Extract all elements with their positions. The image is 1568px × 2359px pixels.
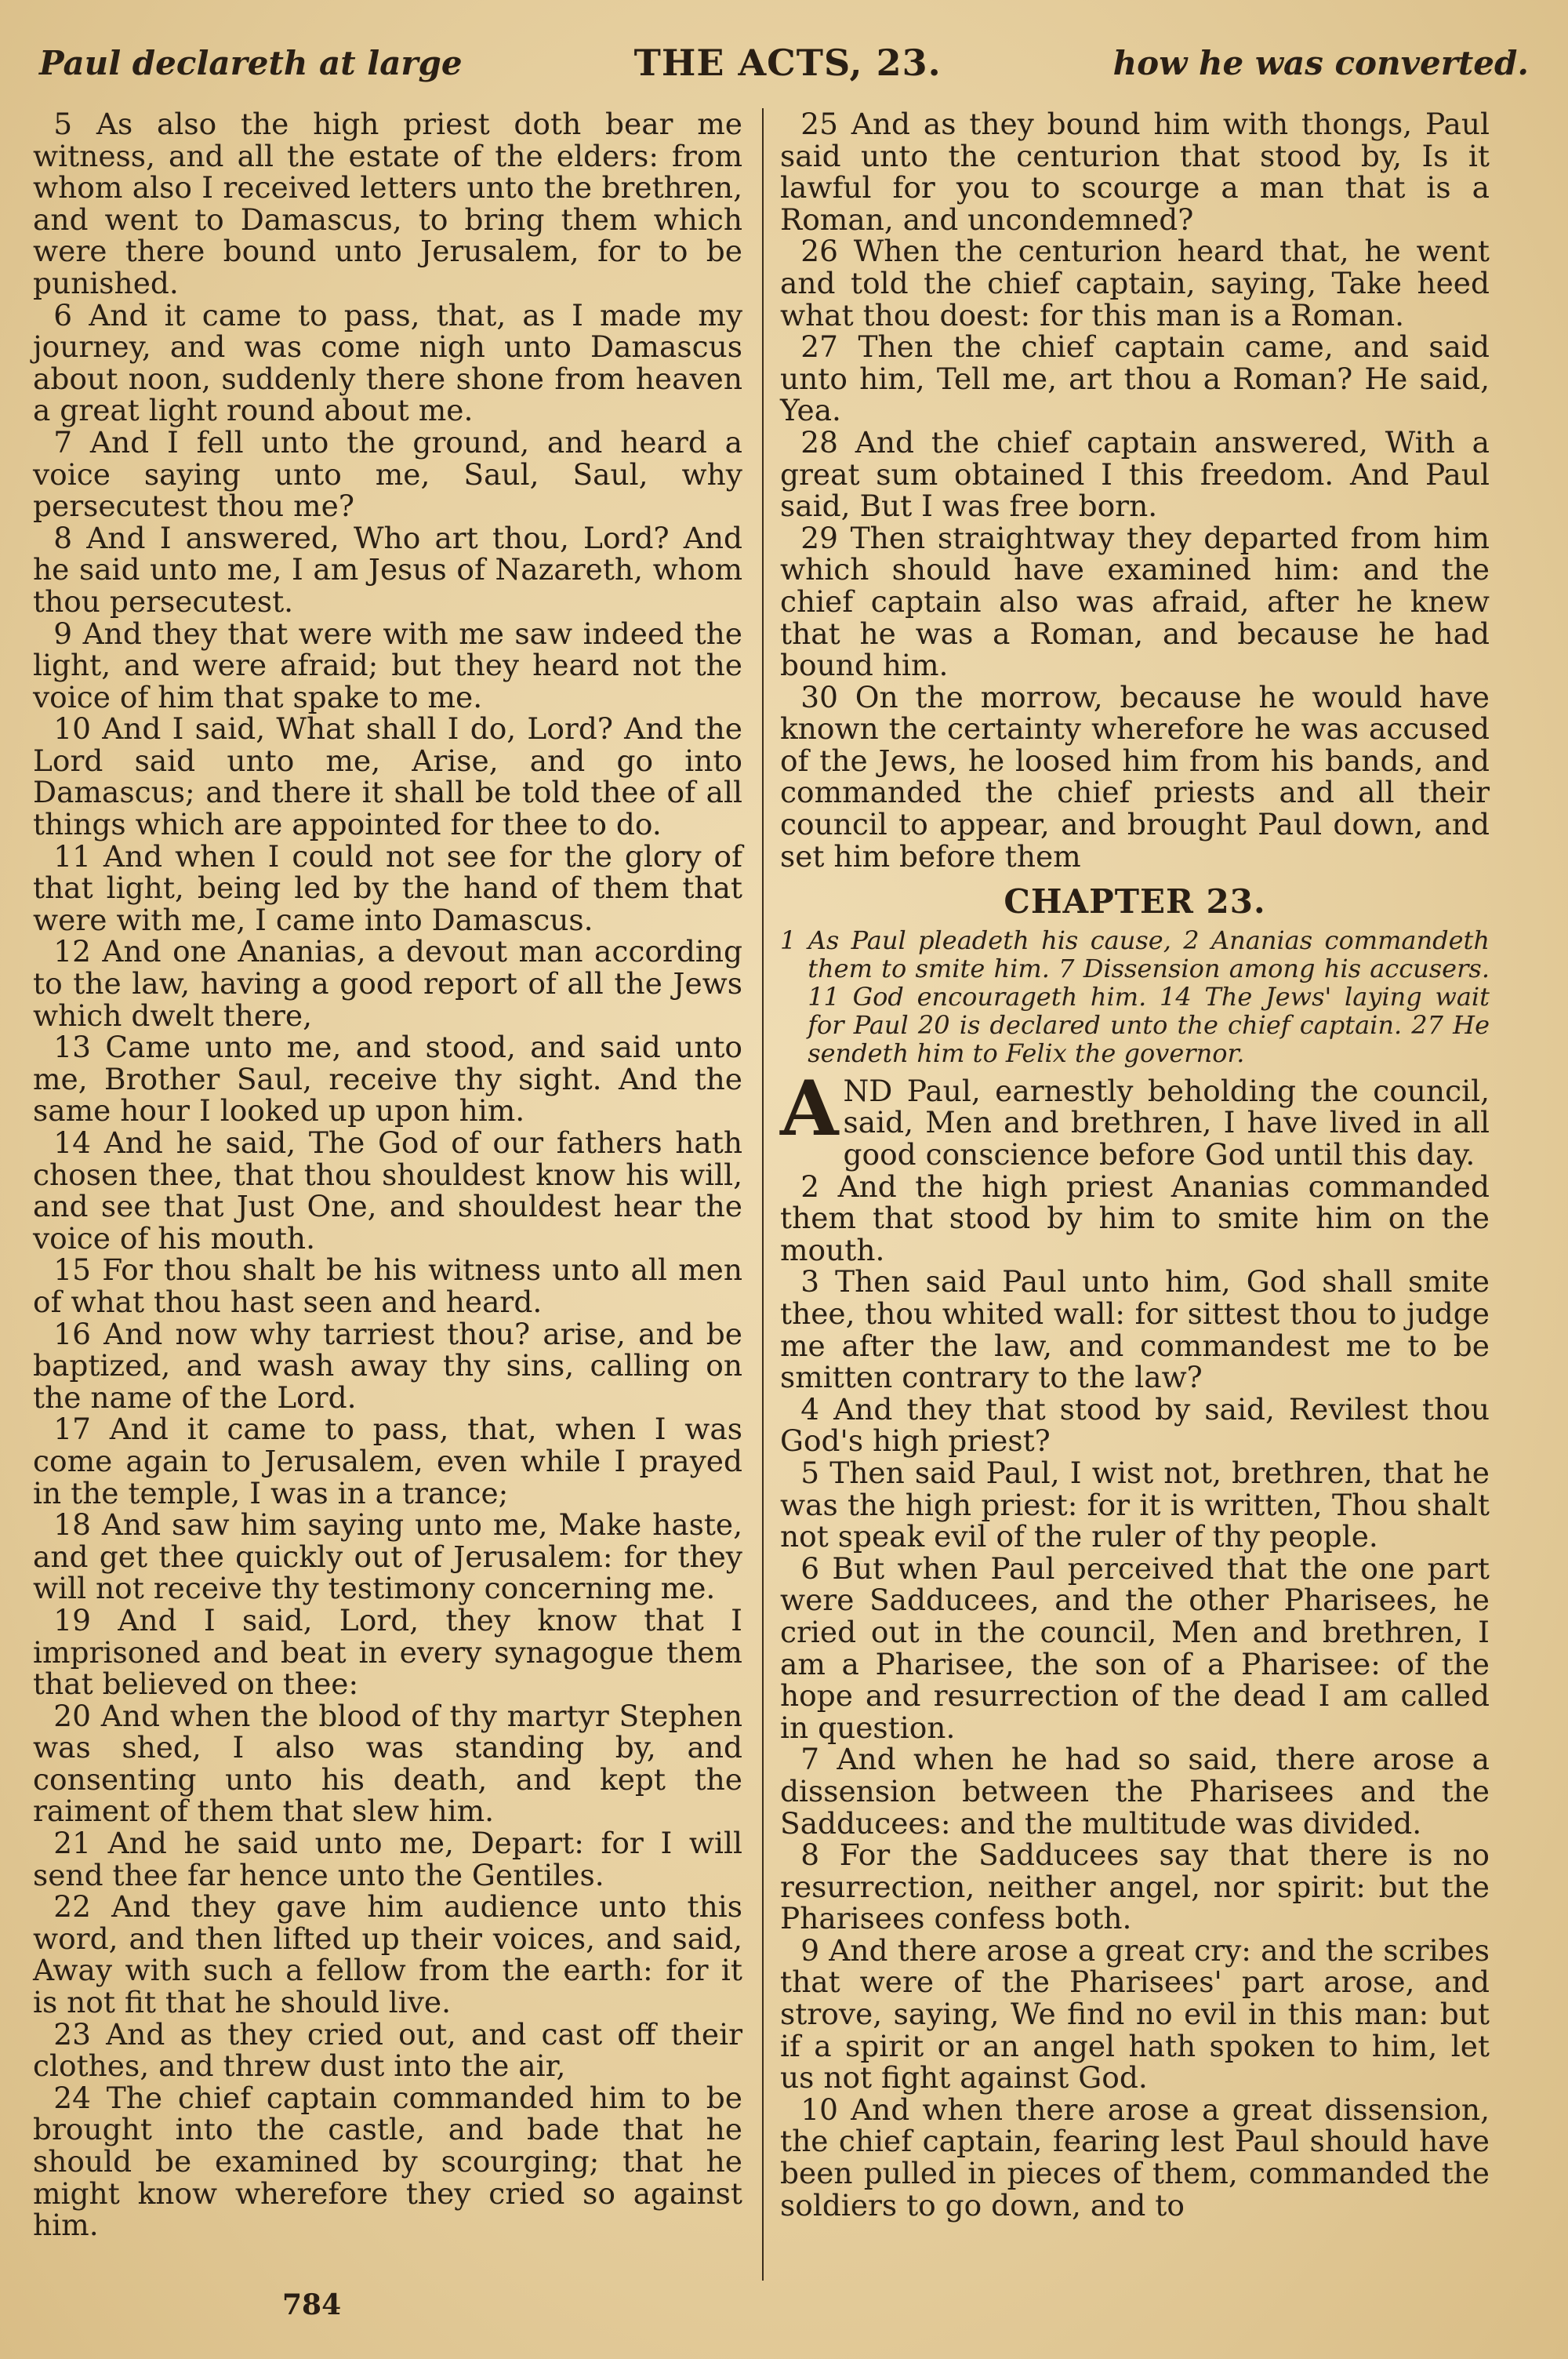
- verse-text: And it came to pass, that, when I was co…: [33, 1412, 742, 1510]
- chapter-title: CHAPTER 23.: [780, 886, 1490, 918]
- verse-text: But when Paul perceived that the one par…: [780, 1551, 1490, 1745]
- verse: 21 And he said unto me, Depart: for I wi…: [33, 1827, 742, 1891]
- verse-text: And he said unto me, Depart: for I will …: [33, 1826, 742, 1892]
- chapter-first-verse: AND Paul, earnestly beholding the counci…: [780, 1075, 1490, 1171]
- verse-text: Then the chief captain came, and said un…: [780, 329, 1490, 427]
- verse: 17 And it came to pass, that, when I was…: [33, 1413, 742, 1509]
- verse-text: And they that stood by said, Revilest th…: [780, 1392, 1490, 1459]
- verse: 19 And I said, Lord, they know that I im…: [33, 1605, 742, 1700]
- verse-number: 6: [800, 1551, 819, 1586]
- verse-number: 28: [800, 425, 838, 460]
- verse: 8 And I answered, Who art thou, Lord? An…: [33, 522, 742, 618]
- header-left: Paul declareth at large: [39, 44, 463, 82]
- verse: 26 When the centurion heard that, he wen…: [780, 235, 1490, 331]
- verse-text: Then said Paul unto him, God shall smite…: [780, 1264, 1490, 1394]
- left-column: 5 As also the high priest doth bear me w…: [33, 108, 742, 2241]
- verse: 6 And it came to pass, that, as I made m…: [33, 300, 742, 427]
- verse-number: 3: [800, 1264, 819, 1299]
- verse-number: 9: [53, 616, 72, 651]
- verse: 23 And as they cried out, and cast off t…: [33, 2019, 742, 2082]
- verse-number: 13: [53, 1030, 91, 1064]
- verse-text: And he said, The God of our fathers hath…: [33, 1125, 742, 1256]
- verse-text: And saw him saying unto me, Make haste, …: [33, 1507, 742, 1605]
- verse-text: And they that were with me saw indeed th…: [33, 616, 742, 714]
- verse: 8 For the Sadducees say that there is no…: [780, 1839, 1490, 1935]
- verse-number: 5: [800, 1456, 819, 1490]
- verse-number: 11: [53, 839, 91, 874]
- verse: 11 And when I could not see for the glor…: [33, 841, 742, 936]
- verse: 9 And there arose a great cry: and the s…: [780, 1935, 1490, 2094]
- verse-number: 10: [53, 711, 91, 746]
- verse-number: 23: [53, 2017, 91, 2052]
- verse-number: 4: [800, 1392, 819, 1427]
- verse-text: For thou shalt be his witness unto all m…: [33, 1252, 742, 1319]
- verse-text: Then straightway they departed from him …: [780, 521, 1490, 682]
- verse: 16 And now why tarriest thou? arise, and…: [33, 1318, 742, 1414]
- verse: 7 And I fell unto the ground, and heard …: [33, 427, 742, 522]
- column-divider: [762, 108, 764, 2281]
- verse: 2 And the high priest Ananias commanded …: [780, 1171, 1490, 1267]
- verse-text: And as they bound him with thongs, Paul …: [780, 107, 1490, 237]
- verse: 29 Then straightway they departed from h…: [780, 522, 1490, 682]
- verse-number: 12: [53, 934, 91, 969]
- verse-number: 29: [800, 521, 838, 555]
- verse-number: 9: [800, 1933, 819, 1968]
- verse-text: The chief captain commanded him to be br…: [33, 2081, 742, 2242]
- verse: 7 And when he had so said, there arose a…: [780, 1743, 1490, 1839]
- verse-text: On the morrow, because he would have kno…: [780, 680, 1490, 874]
- verse-text: And one Ananias, a devout man according …: [33, 934, 742, 1032]
- chapter-summary: 1 As Paul pleadeth his cause, 2 Ananias …: [780, 926, 1490, 1067]
- verse: 28 And the chief captain answered, With …: [780, 427, 1490, 522]
- verse-number: 6: [53, 298, 72, 333]
- verse-text: As also the high priest doth bear me wit…: [33, 107, 742, 300]
- verse-text: When the centurion heard that, he went a…: [780, 234, 1490, 332]
- verse-text: Then said Paul, I wist not, brethren, th…: [780, 1456, 1490, 1554]
- header-right: how he was converted.: [1113, 44, 1529, 82]
- verse-text: Came unto me, and stood, and said unto m…: [33, 1030, 742, 1128]
- verse-number: 5: [53, 107, 72, 141]
- verse: 12 And one Ananias, a devout man accordi…: [33, 936, 742, 1031]
- verse: 27 Then the chief captain came, and said…: [780, 331, 1490, 427]
- verse: 5 As also the high priest doth bear me w…: [33, 108, 742, 300]
- verse-number: 18: [53, 1507, 91, 1542]
- verse-text: And I answered, Who art thou, Lord? And …: [33, 521, 742, 619]
- verse-text: And I said, What shall I do, Lord? And t…: [33, 711, 742, 841]
- verse-text: And as they cried out, and cast off thei…: [33, 2017, 742, 2084]
- verse-text: And it came to pass, that, as I made my …: [33, 298, 742, 428]
- verse-text: And I said, Lord, they know that I impri…: [33, 1603, 742, 1701]
- verse-number: 2: [800, 1169, 819, 1204]
- drop-cap: A: [780, 1078, 838, 1140]
- right-column: 25 And as they bound him with thongs, Pa…: [780, 108, 1490, 2221]
- verse: 4 And they that stood by said, Revilest …: [780, 1394, 1490, 1457]
- verse: 3 Then said Paul unto him, God shall smi…: [780, 1266, 1490, 1393]
- verse-number: 10: [800, 2092, 838, 2127]
- page-number: 784: [282, 2288, 341, 2321]
- verse-text: And the high priest Ananias commanded th…: [780, 1169, 1490, 1267]
- verse-number: 22: [53, 1889, 91, 1924]
- verse: 25 And as they bound him with thongs, Pa…: [780, 108, 1490, 235]
- verse: 18 And saw him saying unto me, Make hast…: [33, 1509, 742, 1605]
- running-header: Paul declareth at large THE ACTS, 23. ho…: [39, 31, 1529, 94]
- verse: 14 And he said, The God of our fathers h…: [33, 1127, 742, 1254]
- verse-number: 14: [53, 1125, 91, 1160]
- verse-number: 30: [800, 680, 838, 714]
- verse-number: 8: [53, 521, 72, 555]
- verse-text: And when he had so said, there arose a d…: [780, 1742, 1490, 1840]
- verse-number: 25: [800, 107, 838, 141]
- header-title: THE ACTS, 23.: [634, 42, 942, 84]
- verse-number: 8: [800, 1837, 819, 1872]
- verse-number: 20: [53, 1699, 91, 1733]
- verse-number: 26: [800, 234, 838, 268]
- verse: 24 The chief captain commanded him to be…: [33, 2082, 742, 2241]
- verse-number: 7: [800, 1742, 819, 1776]
- verse: 6 But when Paul perceived that the one p…: [780, 1553, 1490, 1744]
- verse-text: And when I could not see for the glory o…: [33, 839, 742, 937]
- verse-number: 21: [53, 1826, 91, 1860]
- verse-number: 17: [53, 1412, 91, 1446]
- verse-number: 16: [53, 1317, 91, 1351]
- verse-text: And I fell unto the ground, and heard a …: [33, 425, 742, 523]
- verse-text: And now why tarriest thou? arise, and be…: [33, 1317, 742, 1415]
- verse: 9 And they that were with me saw indeed …: [33, 618, 742, 714]
- verse: 15 For thou shalt be his witness unto al…: [33, 1254, 742, 1318]
- verse-number: 27: [800, 329, 838, 364]
- verse-text: And they gave him audience unto this wor…: [33, 1889, 742, 2019]
- verse: 5 Then said Paul, I wist not, brethren, …: [780, 1457, 1490, 1553]
- verse-text: For the Sadducees say that there is no r…: [780, 1837, 1490, 1936]
- verse: 10 And when there arose a great dissensi…: [780, 2094, 1490, 2221]
- verse-text: And the chief captain answered, With a g…: [780, 425, 1490, 523]
- verse: 30 On the morrow, because he would have …: [780, 682, 1490, 873]
- verse: 20 And when the blood of thy martyr Step…: [33, 1700, 742, 1827]
- verse-text: And when there arose a great dissension,…: [780, 2092, 1490, 2223]
- verse-number: 24: [53, 2081, 91, 2115]
- verse-number: 19: [53, 1603, 91, 1637]
- verse-number: 15: [53, 1252, 91, 1287]
- verse-number: 7: [53, 425, 72, 460]
- verse: 10 And I said, What shall I do, Lord? An…: [33, 713, 742, 840]
- verse-text: And there arose a great cry: and the scr…: [780, 1933, 1490, 2095]
- verse: 22 And they gave him audience unto this …: [33, 1891, 742, 2018]
- verse: 13 Came unto me, and stood, and said unt…: [33, 1031, 742, 1127]
- verse-text: And when the blood of thy martyr Stephen…: [33, 1699, 742, 1829]
